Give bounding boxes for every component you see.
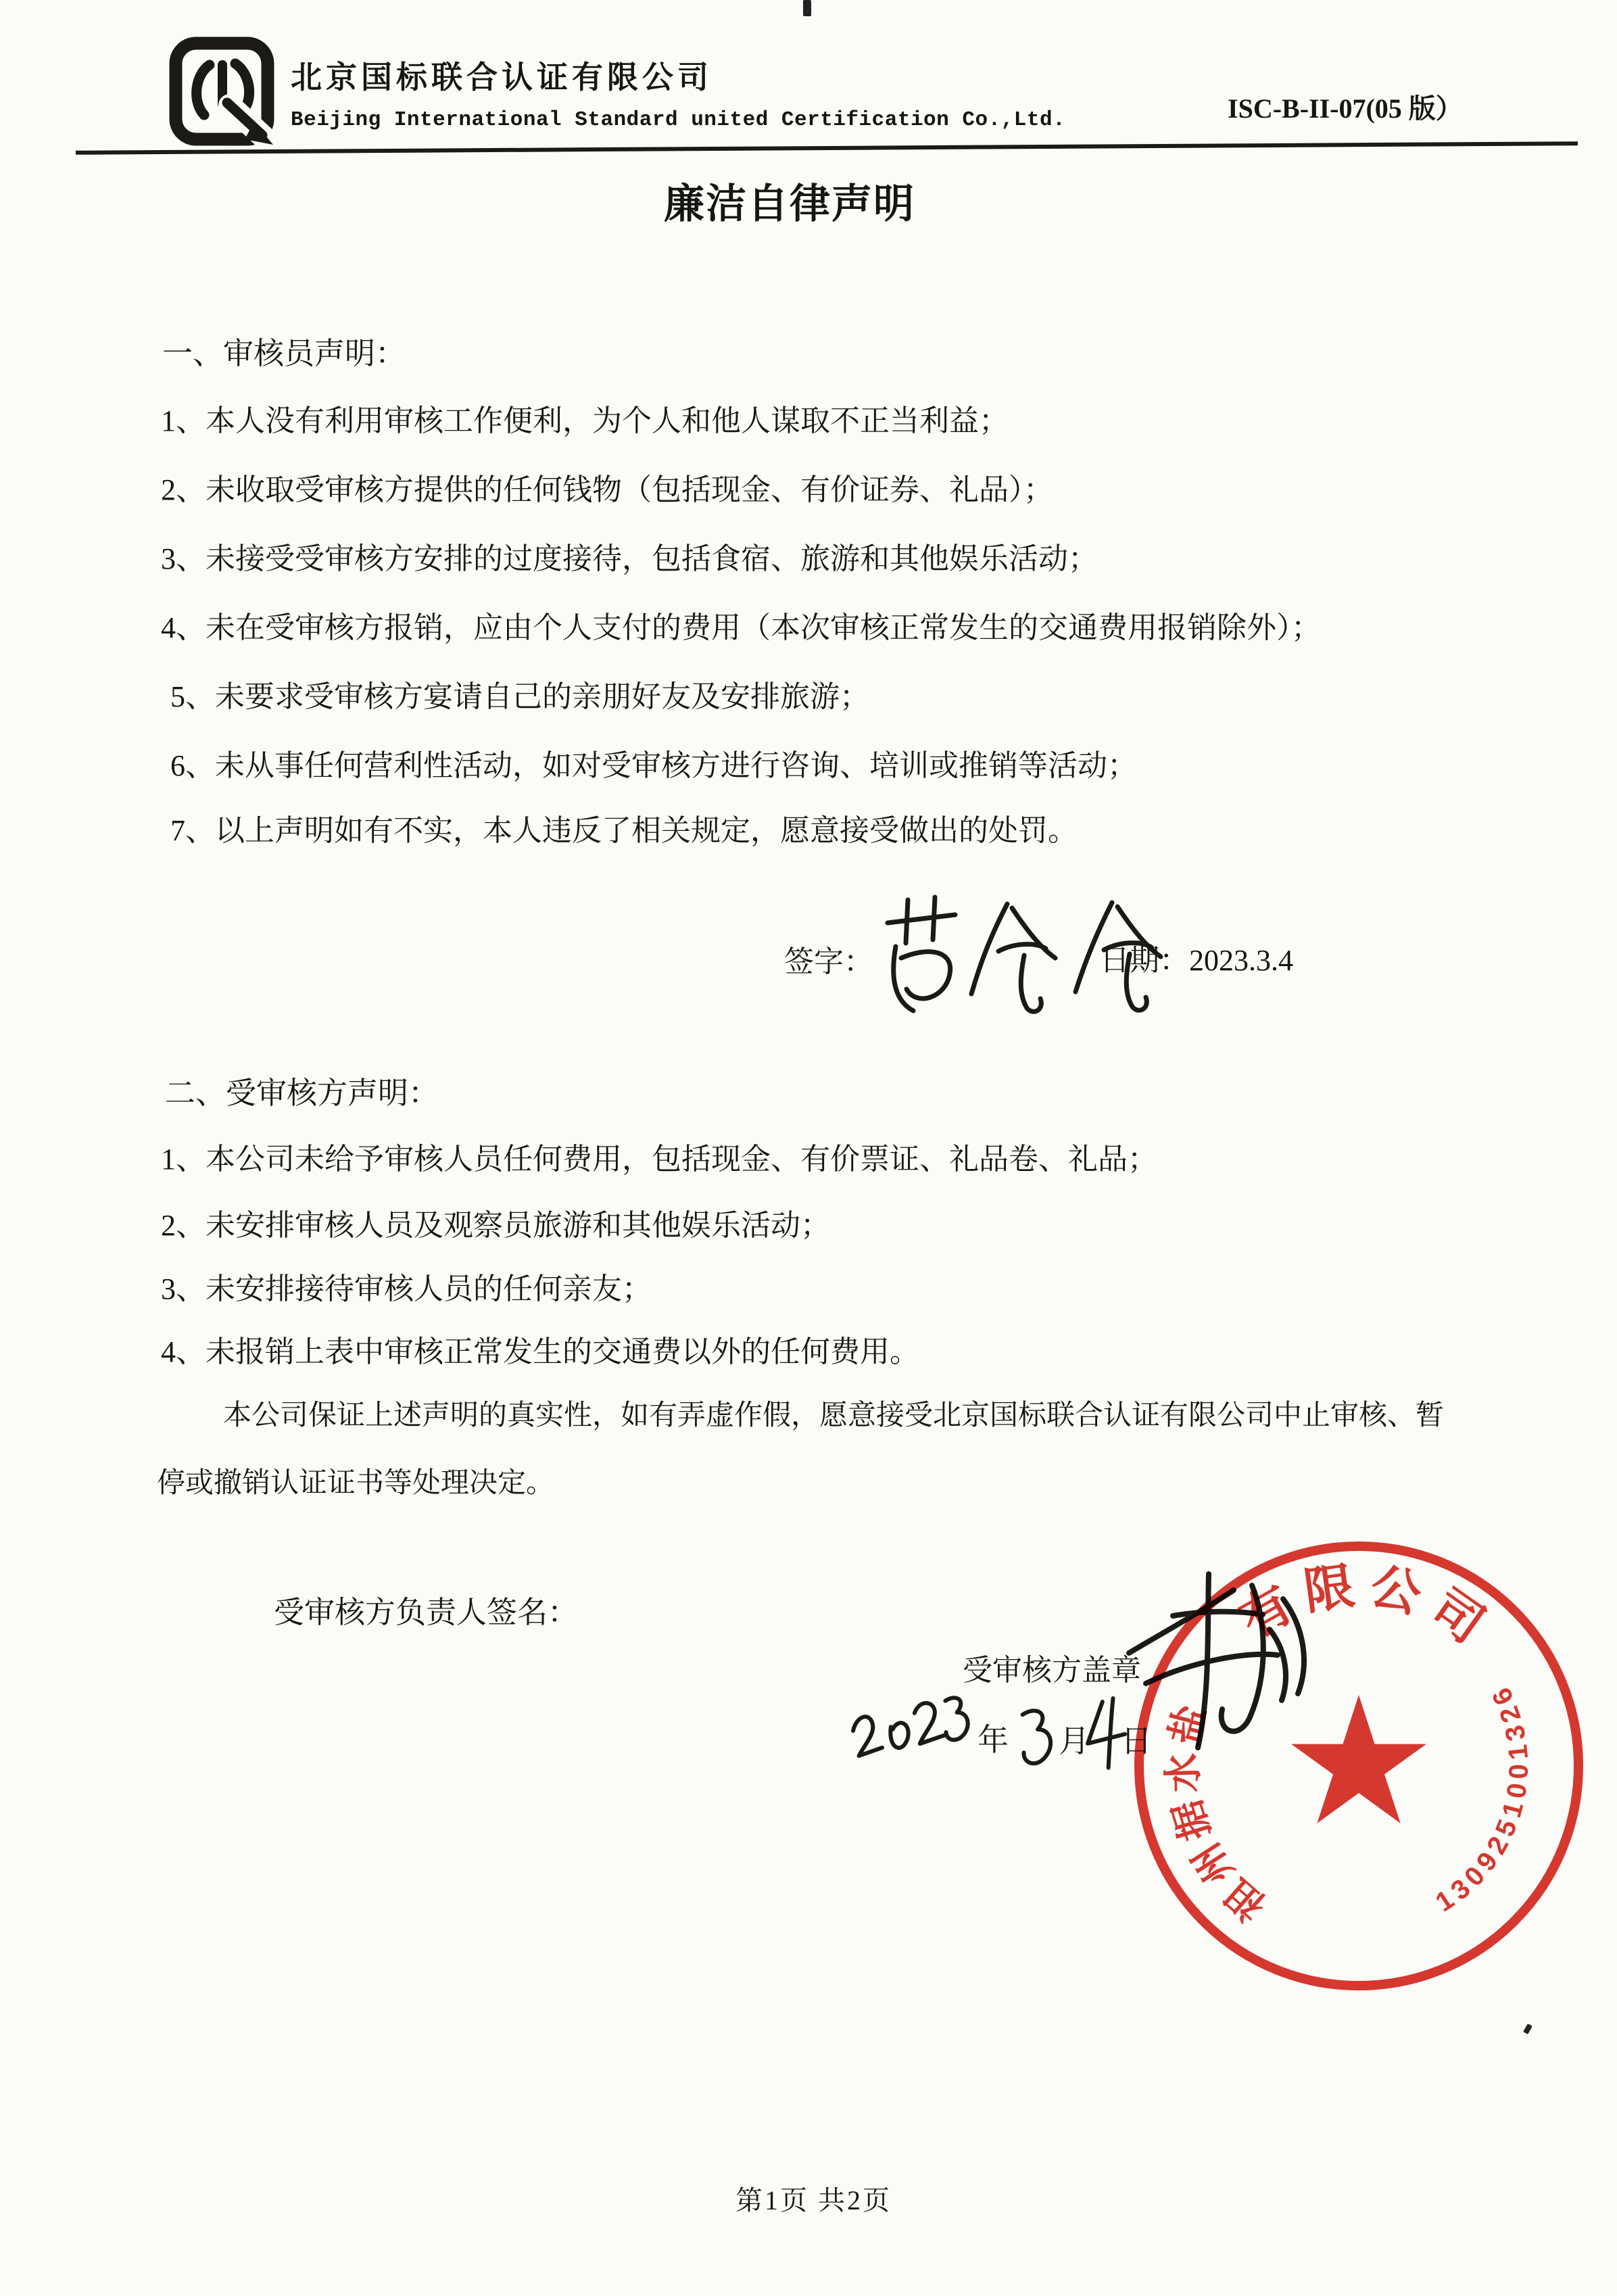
auditee-item-4: 4、未报销上表中审核正常发生的交通费以外的任何费用。 [161,1335,919,1370]
auditor-item-3: 3、未接受受审核方安排的过度接待，包括食宿、旅游和其他娱乐活动； [161,542,1098,577]
auditor-item-6: 6、未从事任何营利性活动，如对受审核方进行咨询、培训或推销等活动； [170,749,1137,784]
auditor-sign-label: 签字： [784,945,873,980]
scan-speck-top [803,0,811,16]
auditee-section-heading: 二、受审核方声明： [165,1076,439,1111]
auditor-section-heading: 一、审核员声明： [162,337,406,372]
auditee-item-1: 1、本公司未给予审核人员任何费用，包括现金、有价票证、礼品卷、礼品； [161,1143,1157,1177]
day-label: 日 [1121,1724,1152,1760]
seal-serial-number: 1309251001326 [1430,1678,1534,1917]
auditee-item-3: 3、未安排接待审核人员的任何亲友； [161,1272,652,1307]
header-divider [76,141,1578,155]
company-logo-icon [168,38,283,146]
leader-sign-label: 受审核方负责人签名： [274,1596,578,1631]
pledge-line-1: 本公司保证上述声明的真实性，如有弄虚作假，愿意接受北京国标联合认证有限公司中止审… [223,1400,1444,1432]
auditor-date-label-value: 日期：2023.3.4 [1100,944,1293,978]
auditor-item-5: 5、未要求受审核方宴请自己的亲朋好友及安排旅游； [170,680,869,715]
auditor-item-7: 7、以上声明如有不实，本人违反了相关规定，愿意接受做出的处罚。 [170,814,1078,848]
auditor-item-2: 2、未收取受审核方提供的任何钱物（包括现金、有价证券、礼品）； [161,473,1053,508]
document-title: 廉洁自律声明 [664,181,915,228]
handwritten-year [841,1679,973,1773]
pledge-line-2: 停或撤销认证证书等处理决定。 [157,1467,554,1500]
svg-text:1309251001326: 1309251001326 [1430,1678,1534,1917]
scanned-document-page: 北京国标联合认证有限公司 Beijing International Stand… [0,0,1617,2296]
auditor-item-4: 4、未在受审核方报销，应由个人支付的费用（本次审核正常发生的交通费用报销除外）； [161,611,1321,646]
form-number: ISC-B-II-07(05 版） [1228,93,1463,124]
scan-speck-small [1523,2024,1532,2034]
company-name-cn: 北京国标联合认证有限公司 [291,59,713,95]
auditor-item-1: 1、本人没有利用审核工作便利，为个人和他人谋取不正当利益； [161,404,1009,439]
year-label: 年 [978,1723,1009,1759]
footer-page-info: 第1页 共2页 [735,2185,892,2216]
handwritten-month [1010,1696,1065,1775]
auditee-item-2: 2、未安排审核人员及观察员旅游和其他娱乐活动； [161,1209,830,1243]
company-name-en: Beijing International Standard united Ce… [291,108,1065,133]
